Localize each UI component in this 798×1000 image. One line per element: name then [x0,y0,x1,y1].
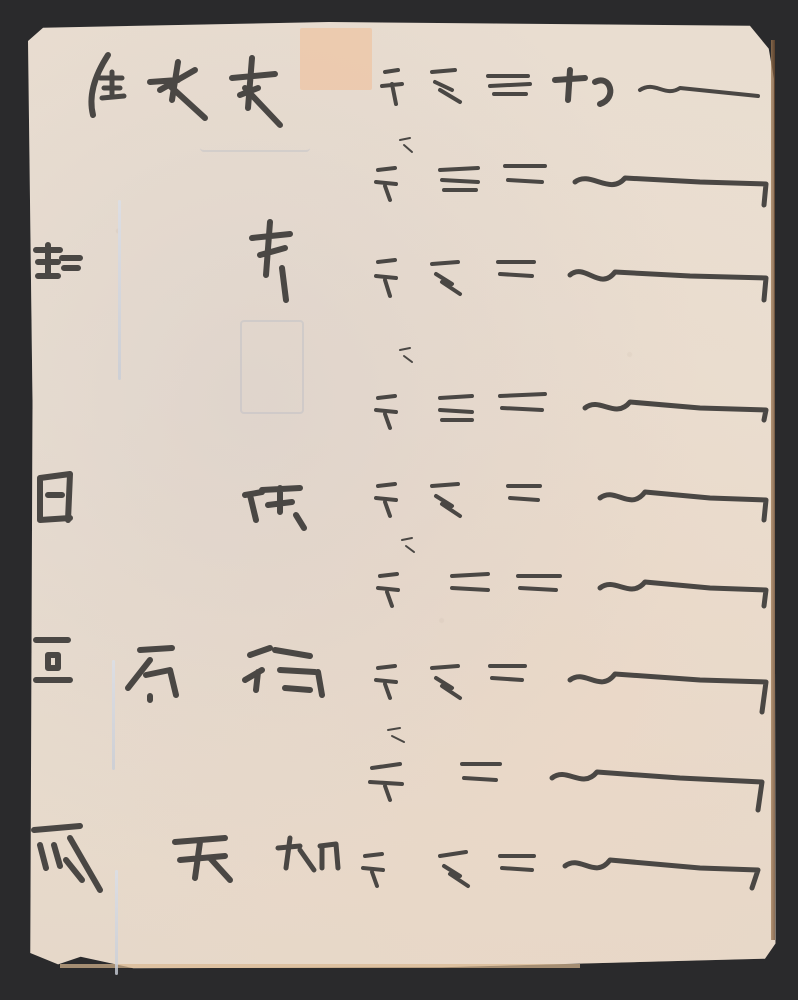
entry-row-8 [370,728,762,810]
entry-row-3 [376,260,766,300]
entry-row-7 [376,666,766,712]
ink-layer [0,0,798,1000]
entry-row-5 [376,484,766,520]
entry-rows [363,70,766,888]
bottom-row-glyphs [278,838,338,870]
entry-row-4 [376,348,766,428]
entry-row-1 [382,70,758,104]
entry-row-9 [363,852,758,888]
middle-column-glyphs [128,222,322,880]
header-glyphs [91,55,280,125]
entry-row-2 [376,138,766,205]
entry-row-6 [378,538,766,606]
left-margin-glyphs [34,245,100,890]
